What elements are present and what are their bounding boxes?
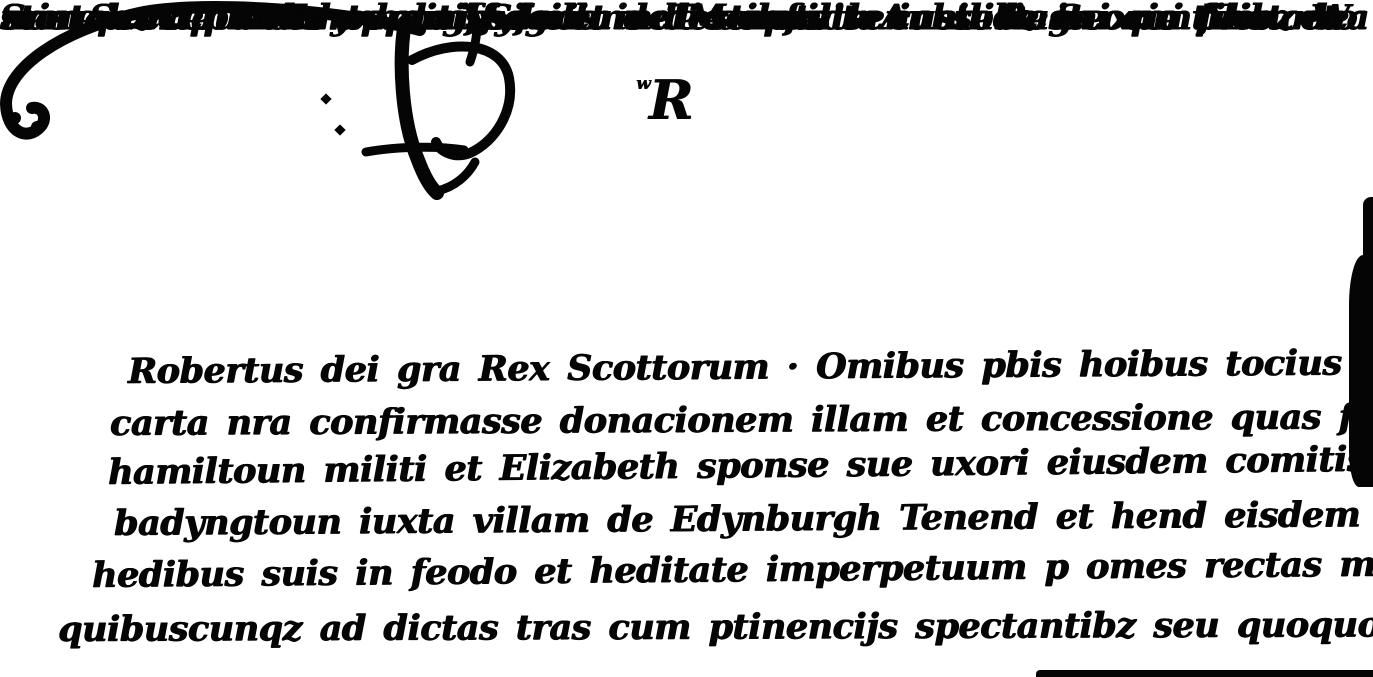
- manuscript-line-10: mistabz apud Edynburgh decimo die aprili…: [0, 0, 1349, 35]
- scan-artifact-right-edge: [1349, 255, 1373, 487]
- insertion-mark-large-letter: R: [649, 68, 694, 132]
- manuscript-line-2: carta nra confirmasse donacionem illam e…: [110, 399, 1373, 441]
- manuscript-line-3: hamiltoun militi et Elizabeth sponse sue…: [108, 440, 1373, 490]
- manuscript-scan-page: wR Robertus dei gra Rex Scottorum · Omib…: [0, 0, 1373, 677]
- insertion-mark-wr: wR: [636, 68, 694, 132]
- manuscript-line-4: badyngtoun iuxta villam de Edynburgh Ten…: [114, 497, 1373, 541]
- scan-artifact-bottom-edge: [1036, 670, 1373, 677]
- manuscript-line-5: hedibus suis in feodo et heditate imperp…: [92, 545, 1373, 593]
- manuscript-line-1: Robertus dei gra Rex Scottorum · Omibus …: [128, 345, 1373, 389]
- manuscript-line-6: quibuscunqz ad dictas tras cum ptinencij…: [58, 607, 1373, 647]
